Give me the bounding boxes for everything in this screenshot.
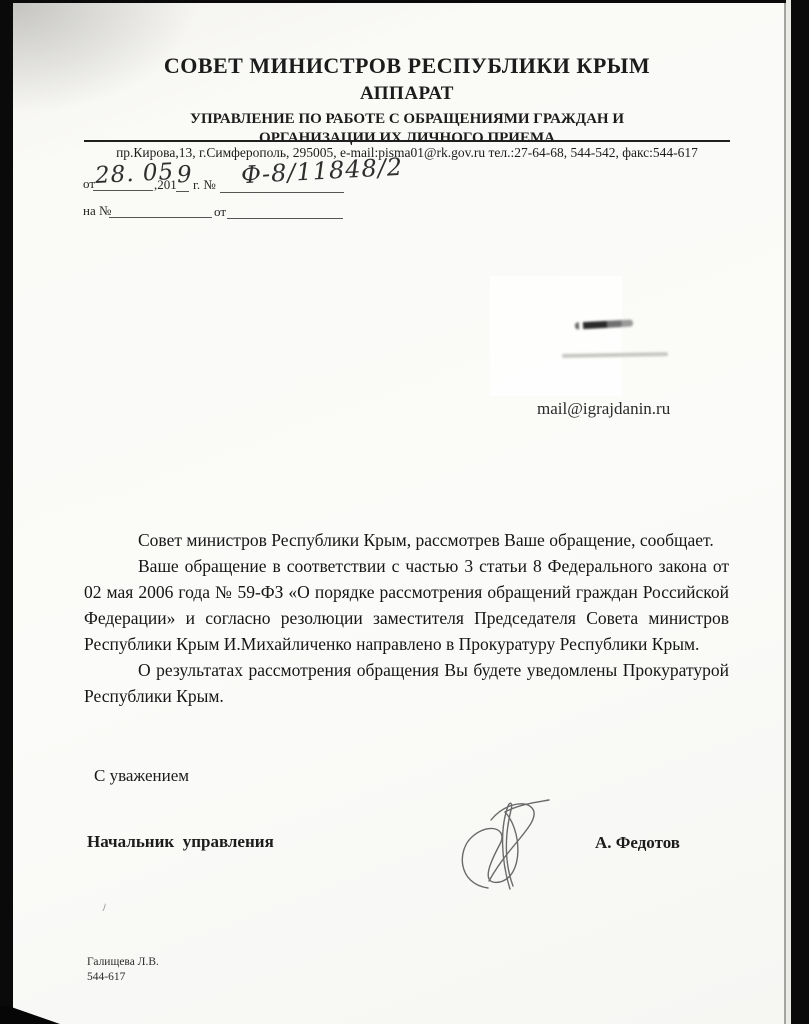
- executor-phone: 544-617: [87, 970, 159, 985]
- closing-salutation: С уважением: [94, 766, 189, 786]
- handwritten-year-digit: 9: [176, 162, 193, 189]
- year-digit-underline: [176, 191, 189, 192]
- number-underline: [220, 192, 344, 193]
- executor-block: Галищева Л.В. 544-617: [87, 955, 159, 985]
- reply-number-underline: [109, 217, 212, 218]
- department-line-1: УПРАВЛЕНИЕ ПО РАБОТЕ С ОБРАЩЕНИЯМИ ГРАЖД…: [85, 111, 729, 128]
- executor-name: Галищева Л.В.: [87, 955, 159, 970]
- year-printed: ,201: [154, 177, 177, 193]
- letterhead-rule: [84, 140, 730, 142]
- contact-line: пр.Кирова,13, г.Симферополь, 295005, e-m…: [84, 145, 730, 161]
- reply-from-label: от: [214, 204, 226, 220]
- signer-position: Начальник управления: [87, 832, 274, 852]
- scan-artifact-mark: [100, 903, 106, 912]
- organization-division: АППАРАТ: [85, 83, 729, 105]
- letterhead: СОВЕТ МИНИСТРОВ РЕСПУБЛИКИ КРЫМ АППАРАТ …: [85, 53, 729, 147]
- recipient-email: mail@igrajdanin.ru: [537, 399, 670, 419]
- year-suffix-number-label: г. №: [193, 177, 216, 193]
- body-paragraph-3: О результатах рассмотрения обращения Вы …: [84, 657, 729, 709]
- reply-date-underline: [227, 218, 343, 219]
- body-paragraph-2: Ваше обращение в соответствии с частью 3…: [84, 553, 729, 657]
- scan-edge-sliver: [786, 0, 791, 1024]
- handwritten-signature: [450, 798, 556, 892]
- body-paragraph-1: Совет министров Республики Крым, рассмот…: [84, 527, 729, 553]
- signer-name: А. Федотов: [595, 833, 680, 853]
- letter-body: Совет министров Республики Крым, рассмот…: [84, 527, 729, 709]
- reply-to-label: на №: [83, 203, 111, 219]
- scanned-letter: СОВЕТ МИНИСТРОВ РЕСПУБЛИКИ КРЫМ АППАРАТ …: [0, 0, 809, 1024]
- organization-name: СОВЕТ МИНИСТРОВ РЕСПУБЛИКИ КРЫМ: [85, 53, 729, 79]
- redaction-patch: [490, 276, 622, 396]
- paper-sheet: СОВЕТ МИНИСТРОВ РЕСПУБЛИКИ КРЫМ АППАРАТ …: [13, 3, 786, 1024]
- date-underline: [93, 190, 153, 191]
